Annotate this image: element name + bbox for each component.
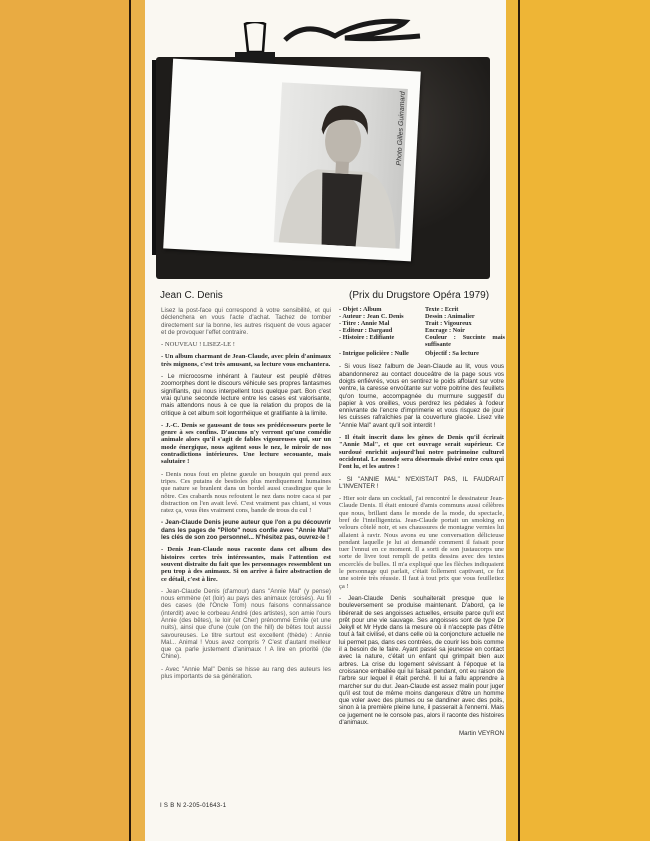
blurb-paragraph: - J.-C. Denis se gaussant de tous ses pr…	[161, 422, 331, 466]
blurb-paragraph: - Hier soir dans un cocktail, j'ai renco…	[339, 495, 504, 590]
section-heading: - SI "ANNIE MAL" N'EXISTAIT PAS, IL FAUD…	[339, 476, 504, 491]
blurb-paragraph: - Avec "Annie Mal" Denis se hisse au ran…	[161, 666, 331, 681]
spec-table: - Objet : AlbumTexte : Ecrit - Auteur : …	[339, 307, 504, 358]
isbn-number: I S B N 2-205-01643-1	[160, 803, 226, 809]
blurb-paragraph: - Un album charmant de Jean-Claude, avec…	[161, 353, 331, 368]
blurb-paragraph: - Il était inscrit dans les gènes de Den…	[339, 434, 504, 470]
left-column: Lisez la post-face qui correspond à votr…	[161, 307, 331, 685]
right-column: - Objet : AlbumTexte : Ecrit - Auteur : …	[339, 307, 504, 738]
back-cover-right-panel	[520, 0, 650, 841]
blurb-paragraph: - Si vous lisez l'album de Jean-Claude a…	[339, 363, 504, 429]
portrait-figure-icon	[274, 82, 408, 248]
cover-flap-left	[131, 0, 145, 841]
author-name: Jean C. Denis	[160, 290, 223, 301]
section-heading: - NOUVEAU ! LISEZ-LE !	[161, 341, 331, 348]
blurb-paragraph: - Jean-Claude Denis jeune auteur que l'o…	[161, 519, 331, 541]
spec-cell: - Intrigue policière : Nulle	[339, 351, 425, 358]
blurb-paragraph: - Jean-Claude Denis (d'amour) dans "Anni…	[161, 588, 331, 661]
spec-cell: - Histoire : Edifiante	[339, 335, 425, 349]
blurb-paragraph: - Denis Jean-Claude nous raconte dans ce…	[161, 546, 331, 582]
portrait-photo-card: Photo Gilles Guinamard	[163, 59, 421, 262]
intro-paragraph: Lisez la post-face qui correspond à votr…	[161, 307, 331, 336]
ribbon-icon	[275, 18, 425, 48]
cover-flap-right	[506, 0, 518, 841]
signature: Martin VEYRON	[339, 730, 504, 737]
prize-label: (Prix du Drugstore Opéra 1979)	[349, 290, 489, 301]
blurb-paragraph: - Denis nous fout en pleine gueule un bo…	[161, 471, 331, 515]
spec-cell: Objectif : Sa lecture	[425, 351, 505, 358]
blurb-paragraph: - Jean-Claude Denis souhaiterait presque…	[339, 595, 504, 726]
back-cover-left-panel	[0, 0, 129, 841]
portrait-photo	[274, 82, 408, 248]
blurb-paragraph: - Le microcosme inhérant à l'auteur est …	[161, 373, 331, 417]
spec-cell: Couleur : Succinte mais suffisante	[425, 335, 505, 349]
